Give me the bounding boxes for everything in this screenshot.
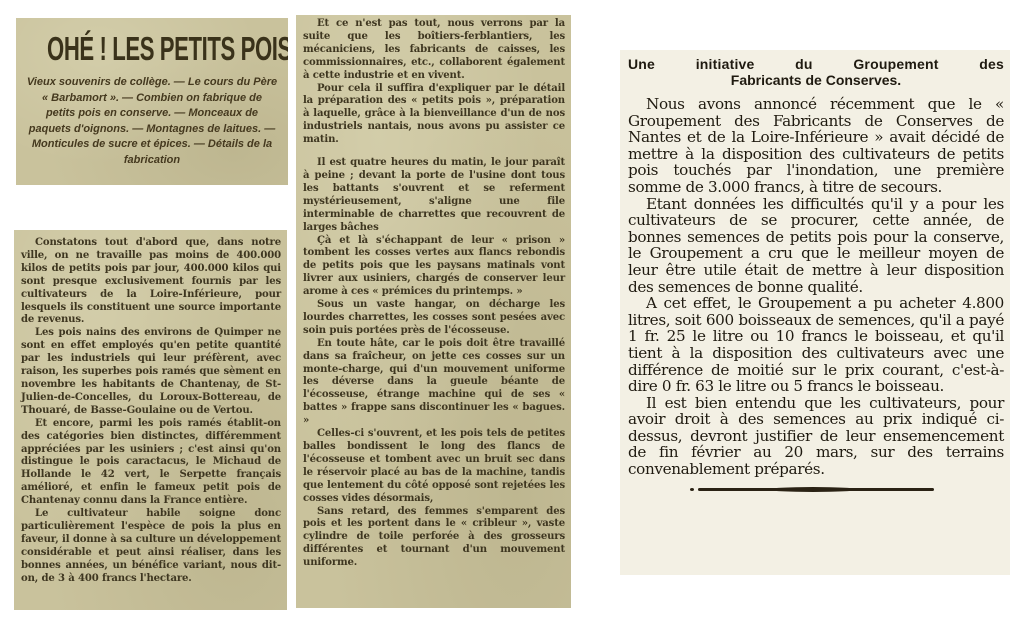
title-clipping: OHÉ ! LES PETITS POIS ! Vieux souvenirs … [16,18,288,185]
title-word: Groupement [853,56,938,72]
paragraph: Etant données les difficultés qu'il y a … [628,196,1004,296]
article-title-line2: Fabricants de Conserves. [628,72,1004,88]
article-title-line1: Une initiative du Groupement des [628,56,1004,72]
title-word: Une [628,56,655,72]
paragraph: Sans retard, des femmes s'emparent des p… [303,506,565,571]
end-rule-divider [698,488,934,491]
paragraph: Le cultivateur habile soigne donc partic… [21,508,281,585]
paragraph: Et ce n'est pas tout, nous verrons par l… [303,18,565,83]
paragraph: Celles-ci s'ouvrent, et les pois tels de… [303,428,565,505]
paragraph: Les pois nains des environs de Quimper n… [21,327,281,417]
paragraph: Pour cela il suffira d'expliquer par le … [303,83,565,148]
paragraph: Nous avons annoncé récemment que le « Gr… [628,96,1004,196]
paragraph: En toute hâte, car le pois doit être tra… [303,338,565,428]
title-word: initiative [696,56,755,72]
headline: OHÉ ! LES PETITS POIS ! [47,30,257,69]
right-article-clipping: Une initiative du Groupement des Fabrica… [620,50,1010,575]
paragraph: Il est bien entendu que les cultivateurs… [628,395,1004,478]
paragraph: Et encore, parmi les pois ramés établit-… [21,418,281,508]
paragraph: Constatons tout d'abord que, dans notre … [21,237,281,327]
subheadline: Vieux souvenirs de collège. — Le cours d… [24,75,280,168]
middle-column-clipping: Et ce n'est pas tout, nous verrons par l… [296,15,571,608]
paragraph: Il est quatre heures du matin, le jour p… [303,157,565,234]
paragraph: A cet effet, le Groupement a pu acheter … [628,295,1004,395]
title-word: des [979,56,1004,72]
title-word: du [795,56,813,72]
paragraph: Çà et là s'échappant de leur « prison » … [303,235,565,300]
left-column-clipping: Constatons tout d'abord que, dans notre … [14,230,287,610]
paragraph: Sous un vaste hangar, on décharge les lo… [303,299,565,338]
